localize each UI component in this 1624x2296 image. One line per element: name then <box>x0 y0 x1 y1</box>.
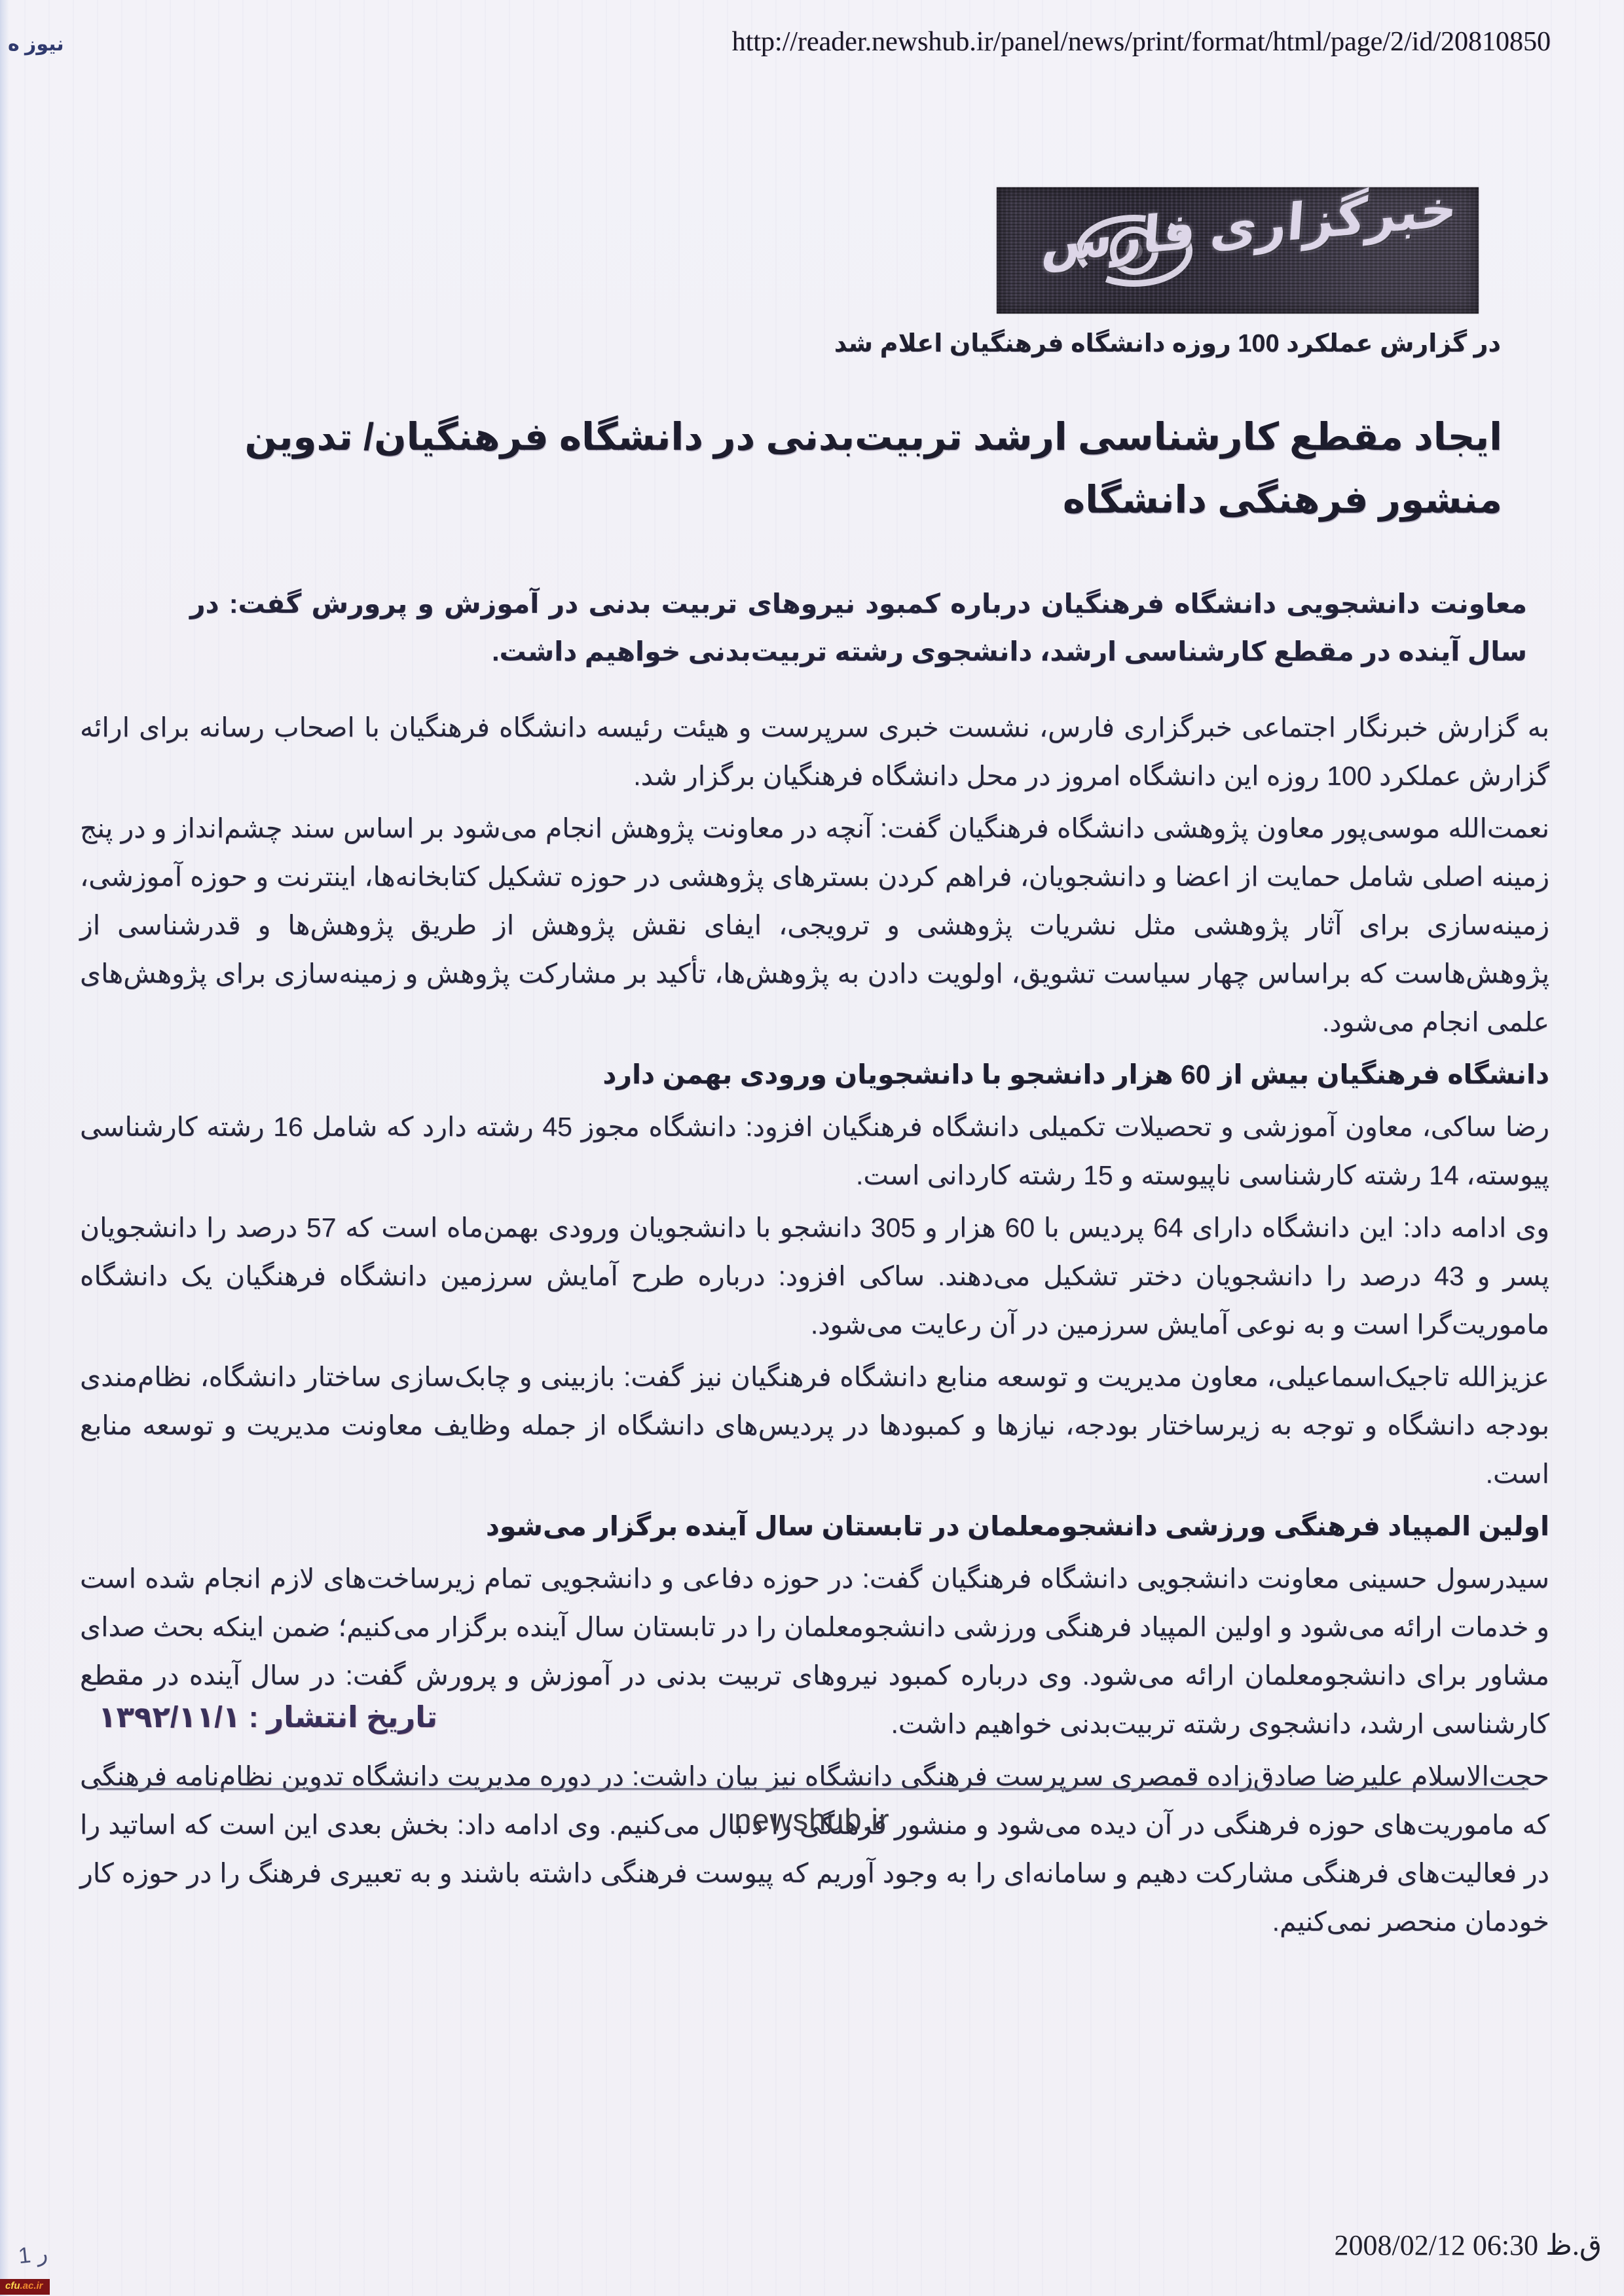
subheading: دانشگاه فرهنگیان بیش از 60 هزار دانشجو ب… <box>80 1050 1549 1099</box>
site-name: newshub.ir <box>0 1802 1624 1838</box>
paragraph: عزیزالله تاجیک‌اسماعیلی، معاون مدیریت و … <box>80 1353 1549 1498</box>
paragraph: حجت‌الاسلام علیرضا صادق‌زاده قمصری سرپرس… <box>80 1752 1549 1946</box>
print-timestamp: 2008/02/12 06:30 ق.ظ <box>1334 2229 1602 2262</box>
corner-note: نیوز ه <box>8 33 64 56</box>
divider-rule <box>97 1788 1528 1790</box>
pen-mark: ر 1 <box>17 2240 49 2269</box>
publish-date: تاریخ انتشار : ۱۳۹۲/۱۱/۱ <box>98 1700 437 1734</box>
paragraph: نعمت‌الله موسی‌پور معاون پژوهشی دانشگاه … <box>80 804 1549 1046</box>
paragraph: رضا ساکی، معاون آموزشی و تحصیلات تکمیلی … <box>80 1102 1549 1199</box>
watermark-badge: cfu.ac.ir <box>0 2279 50 2295</box>
kicker-line: در گزارش عملکرد 100 روزه دانشگاه فرهنگیا… <box>196 329 1501 358</box>
article-body: به گزارش خبرنگار اجتماعی خبرگزاری فارس، … <box>80 703 1549 1950</box>
fars-agency-calligraphy: خبرگزاری فارس <box>1039 187 1459 274</box>
scanned-news-printout: { "colors": { "paper": "#f2f1f7", "ink":… <box>0 0 1624 2296</box>
headline: ایجاد مقطع کارشناسی ارشد تربیت‌بدنی در د… <box>118 406 1502 532</box>
fars-news-logo-banner: خبرگزاری فارس <box>997 187 1479 314</box>
watermark-suffix: .ac.ir <box>20 2279 43 2293</box>
subheading: اولین المپیاد فرهنگی ورزشی دانشجومعلمان … <box>80 1502 1549 1550</box>
scan-edge-shadow <box>0 0 9 2296</box>
paragraph: به گزارش خبرنگار اجتماعی خبرگزاری فارس، … <box>80 703 1549 800</box>
print-url: http://reader.newshub.ir/panel/news/prin… <box>732 26 1551 58</box>
watermark-prefix: cfu <box>5 2279 20 2293</box>
lead-paragraph: معاونت دانشجویی دانشگاه فرهنگیان درباره … <box>190 580 1527 676</box>
paragraph: وی ادامه داد: این دانشگاه دارای 64 پردیس… <box>80 1203 1549 1349</box>
